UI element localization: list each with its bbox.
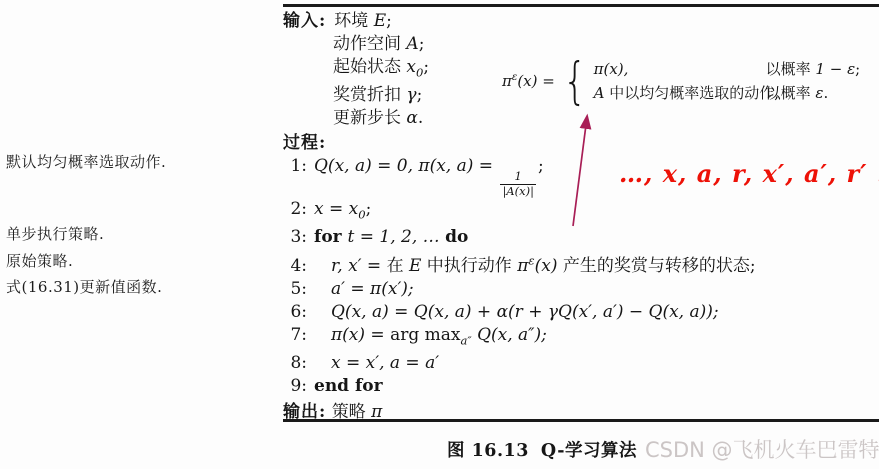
csdn-watermark: CSDN @飞机火车巴雷特 — [645, 434, 879, 464]
case-probability: 以概率 ε. — [766, 84, 829, 102]
step-content: r, x′ = 在 E 中执行动作 πε(x) 产生的奖赏与转移的状态; — [314, 256, 756, 276]
step-number: 2: — [283, 198, 307, 221]
algorithm-step-9: 9:end for — [283, 375, 879, 398]
step-content: Q(x, a) = Q(x, a) + α(r + γQ(x′, a′) − Q… — [314, 302, 719, 322]
algorithm-step-6: 6:Q(x, a) = Q(x, a) + α(r + γQ(x′, a′) −… — [283, 301, 879, 324]
algorithm-step-8: 8:x = x′, a = a′ — [283, 352, 879, 375]
step-number: 4: — [283, 255, 307, 278]
step-number: 8: — [283, 352, 307, 375]
algorithm-step-5: 5:a′ = π(x′); — [283, 278, 879, 301]
left-brace: { — [563, 56, 587, 106]
margin-note-single-step: 单步执行策略. — [6, 223, 104, 244]
algorithm-step-4: 4:r, x′ = 在 E 中执行动作 πε(x) 产生的奖赏与转移的状态; — [283, 249, 879, 278]
step-content: π(x) = arg maxa″ Q(x, a″); — [314, 325, 547, 345]
input-line: 更新步长 α. — [333, 107, 879, 130]
input-line: 环境 E; — [334, 11, 392, 31]
step-content: x = x0; — [314, 199, 371, 219]
input-label: 输入: — [283, 11, 326, 31]
algorithm-box-top-rule — [283, 4, 879, 7]
step-number: 9: — [283, 375, 307, 398]
margin-note-default-policy: 默认均匀概率选取动作. — [6, 151, 166, 172]
figure-caption: 图 16.13Q-学习算法 — [447, 437, 637, 462]
step-number: 6: — [283, 301, 307, 324]
algorithm-step-7: 7:π(x) = arg maxa″ Q(x, a″); — [283, 324, 879, 352]
step-number: 3: — [283, 226, 307, 249]
step-number: 7: — [283, 324, 307, 347]
step-content: for t = 1, 2, … do — [314, 227, 468, 247]
step-content: x = x′, a = a′ — [314, 353, 439, 373]
algorithm-output-row: 输出: 策略 π — [283, 401, 879, 424]
input-line: 动作空间 A; — [333, 33, 879, 56]
step-number: 5: — [283, 278, 307, 301]
margin-note-original-policy: 原始策略. — [6, 250, 73, 271]
step-content: Q(x, a) = 0, π(x, a) = 1|A(x)|; — [314, 156, 544, 176]
formula-lhs: πε(x) = — [502, 72, 555, 90]
annotation-arrow-icon — [558, 104, 603, 234]
case-expression: A 中以均匀概率选取的动作, — [594, 84, 766, 102]
formula-case-row: π(x), 以概率 1 − ε; — [594, 60, 861, 78]
figure-title: Q-学习算法 — [541, 441, 637, 461]
epsilon-policy-formula: πε(x) = { π(x), 以概率 1 − ε; A 中以均匀概率选取的动作… — [502, 56, 860, 106]
step-content: end for — [314, 376, 383, 396]
margin-note-update-eq: 式(16.31)更新值函数. — [6, 276, 162, 297]
formula-case-row: A 中以均匀概率选取的动作, 以概率 ε. — [594, 84, 861, 102]
trajectory-annotation: …, x, a, r, x′, a′, r′ … — [619, 159, 879, 188]
output-content: 策略 π — [332, 402, 383, 422]
output-label: 输出: — [283, 402, 326, 422]
case-probability: 以概率 1 − ε; — [766, 60, 861, 78]
step-number: 1: — [283, 155, 307, 178]
formula-cases: π(x), 以概率 1 − ε; A 中以均匀概率选取的动作, 以概率 ε. — [594, 60, 861, 102]
step-content: a′ = π(x′); — [314, 279, 414, 299]
algorithm-input-row: 输入:环境 E; — [283, 10, 879, 33]
figure-number: 图 16.13 — [447, 441, 529, 461]
case-expression: π(x), — [594, 60, 766, 78]
